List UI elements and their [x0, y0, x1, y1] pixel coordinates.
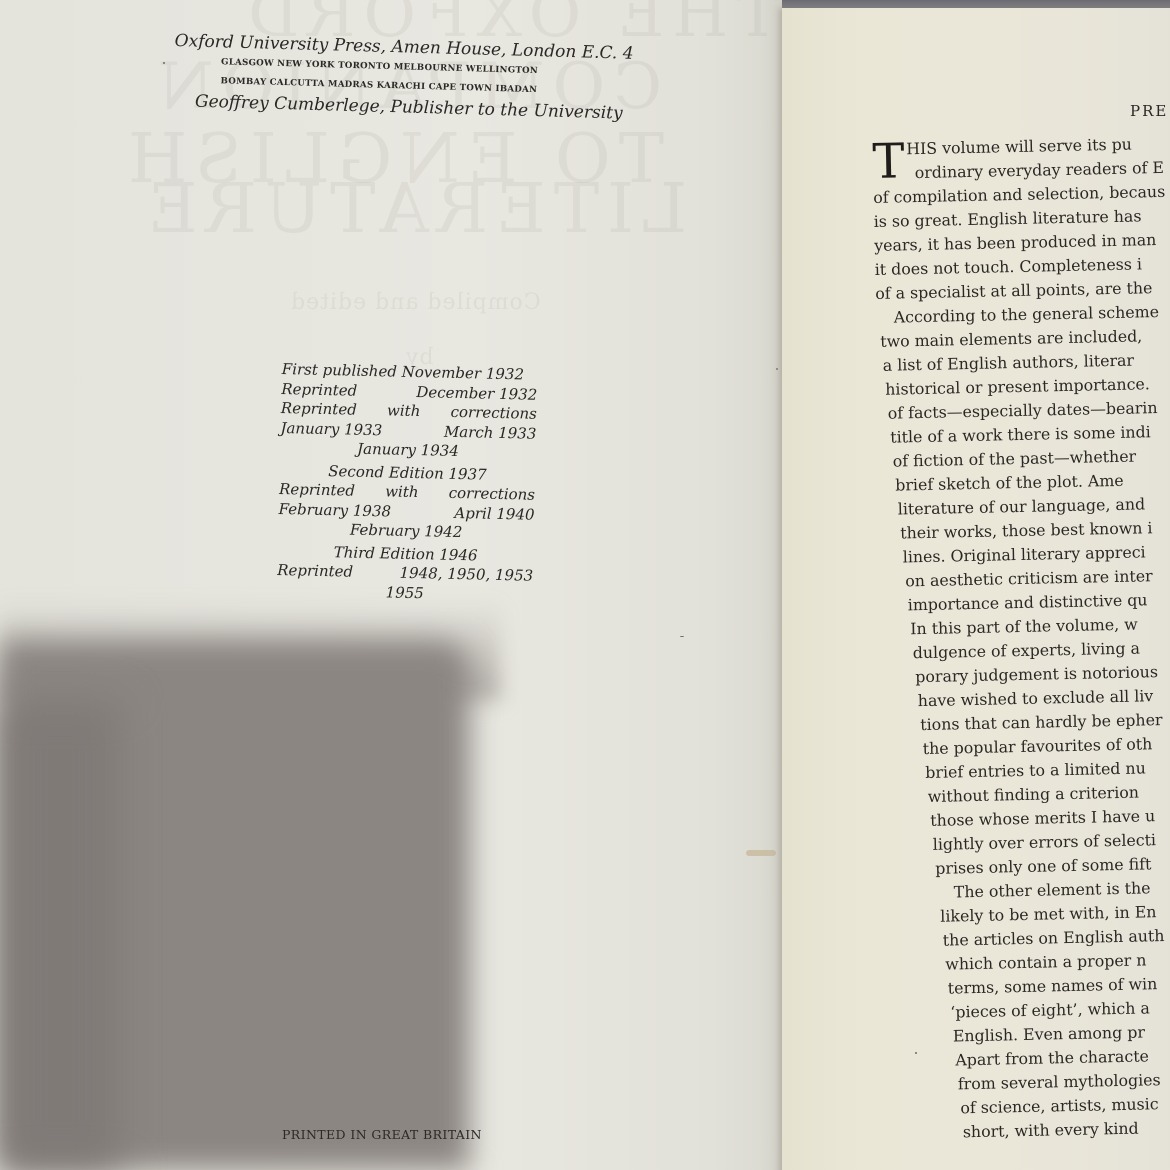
show-through-subtitle: Compiled and edited — [290, 290, 541, 315]
history-date: January 1933 — [280, 418, 382, 440]
history-label: with — [387, 401, 421, 421]
preface-body: T HIS volume will serve its pu ordinary … — [872, 131, 1170, 1146]
edition-label: Third Edition 1946 — [334, 543, 478, 566]
history-label: corrections — [449, 484, 536, 505]
history-date: March 1933 — [444, 422, 537, 444]
history-label: Reprinted — [279, 480, 355, 501]
history-date: January 1934 — [357, 440, 459, 462]
history-date: December 1932 — [416, 383, 537, 405]
history-label: corrections — [450, 403, 537, 424]
drop-cap: T — [872, 139, 905, 184]
printed-in-footer: PRINTED IN GREAT BRITAIN — [282, 1127, 482, 1142]
paper-speck — [680, 636, 684, 637]
preface-heading: PRE — [1130, 102, 1168, 120]
paper-speck — [915, 1052, 917, 1054]
arm-shadow — [0, 700, 120, 1170]
book-spread: THE OXFORD COMPANION TO ENGLISH LITERATU… — [0, 0, 1170, 1170]
history-label: Reprinted — [281, 379, 357, 400]
left-page-imprint: THE OXFORD COMPANION TO ENGLISH LITERATU… — [0, 0, 790, 1170]
history-label: Reprinted — [277, 561, 353, 582]
publisher-imprint: Oxford University Press, Amen House, Lon… — [173, 30, 615, 124]
history-date: April 1940 — [454, 503, 535, 524]
paper-speck — [163, 62, 165, 64]
history-label: Reprinted — [281, 399, 357, 420]
history-date: February 1942 — [350, 521, 463, 543]
history-label: with — [385, 482, 419, 502]
printing-history: First published November 1932 Reprinted … — [277, 360, 538, 606]
show-through-title-line: LITERATURE — [140, 170, 687, 249]
history-date: February 1938 — [278, 499, 391, 521]
